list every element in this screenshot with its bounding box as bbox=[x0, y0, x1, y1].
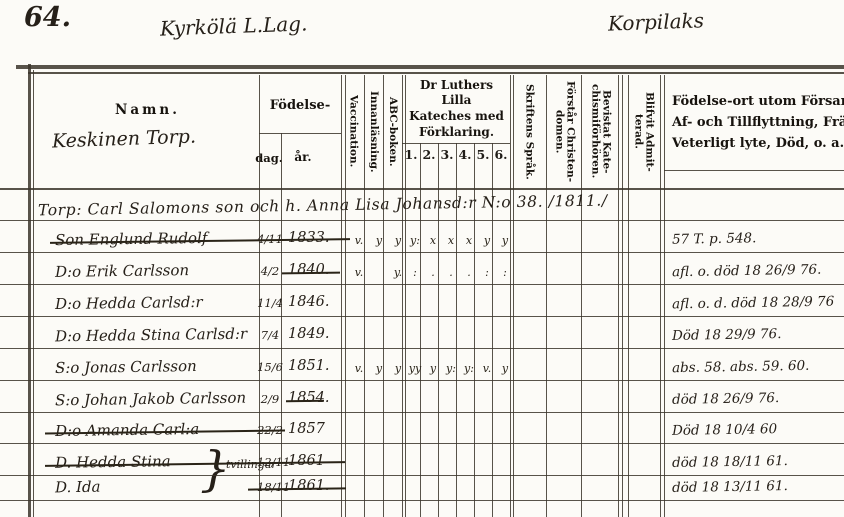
row-name: Son Englund Rudolf bbox=[55, 229, 208, 249]
column-header-fodelse: Födelse- bbox=[259, 96, 341, 114]
kateches-number-5: 5. bbox=[474, 147, 492, 162]
notes-header-line-2: Af- och Tillflyttning, Frä bbox=[672, 113, 844, 134]
record-row: D:o Hedda Stina Carlsd:r7/41849.Död 18 2… bbox=[0, 316, 844, 348]
record-row: S:o Johan Jakob Carlsson2/91854.död 18 2… bbox=[0, 380, 844, 412]
row-mark: v. bbox=[350, 234, 368, 247]
row-mark: . bbox=[460, 266, 478, 279]
row-mark: y: bbox=[460, 362, 478, 375]
row-note: död 18 13/11 61. bbox=[672, 478, 788, 496]
row-mark: . bbox=[442, 266, 460, 279]
kateches-number-3: 3. bbox=[438, 147, 456, 162]
column-header-innanlasning: Innanläsning. bbox=[364, 77, 383, 186]
column-header-blifvit-admitterad: Blifvit Admit- terad. bbox=[627, 77, 660, 186]
row-birth-year: 1861. bbox=[288, 478, 330, 494]
row-mark: y. bbox=[389, 266, 407, 279]
record-row: D:o Erik Carlsson4/21840.v.y.:...::afl. … bbox=[0, 252, 844, 284]
row-mark: v. bbox=[350, 362, 368, 375]
kateches-number-2: 2. bbox=[420, 147, 438, 162]
row-mark: : bbox=[478, 266, 496, 279]
row-mark: y bbox=[478, 234, 496, 247]
row-birth-day: 2/9 bbox=[257, 392, 283, 406]
row-name: D. Hedda Stina bbox=[55, 452, 171, 472]
column-header-kateches: Dr Luthers Lilla Kateches med Förklaring… bbox=[404, 78, 509, 140]
notes-header-line-3: Veterligt lyte, Död, o. a. bbox=[672, 134, 844, 155]
row-name: D:o Hedda Stina Carlsd:r bbox=[55, 325, 247, 346]
record-row: D:o Amanda Carl:a22/21857Död 18 10/4 60 bbox=[0, 412, 844, 443]
column-header-skriftens-sprak: Skriftens Språk. bbox=[512, 77, 546, 186]
column-header-notes: Födelse-ort utom Församli Af- och Tillfl… bbox=[672, 92, 844, 154]
record-row: D. Ida18/111861.död 18 13/11 61. bbox=[0, 475, 844, 500]
kateches-number-4: 4. bbox=[456, 147, 474, 162]
row-name: S:o Jonas Carlsson bbox=[55, 357, 197, 377]
grid-line bbox=[259, 133, 341, 134]
column-header-forstar-christendomen: Förstår Christen- domen. bbox=[548, 77, 581, 186]
grid-line bbox=[664, 170, 844, 171]
column-header-ar: år. bbox=[282, 149, 324, 165]
row-mark: x bbox=[460, 234, 478, 247]
row-mark: : bbox=[496, 266, 514, 279]
row-name: Torp: Carl Salomons son och h. Anna Lisa… bbox=[38, 191, 658, 220]
page-number: 64. bbox=[24, 2, 71, 33]
column-header-namn: Namn. bbox=[40, 100, 255, 120]
row-mark: x bbox=[442, 234, 460, 247]
row-note: abs. 58. abs. 59. 60. bbox=[672, 358, 810, 376]
row-birth-year: 1857 bbox=[288, 421, 325, 437]
grid-line bbox=[0, 500, 844, 501]
notes-header-line-1: Födelse-ort utom Församli bbox=[672, 92, 844, 113]
row-mark: y bbox=[389, 234, 407, 247]
row-name: D:o Erik Carlsson bbox=[55, 261, 189, 281]
row-mark: yy bbox=[406, 362, 424, 375]
row-birth-year: 1849. bbox=[288, 326, 330, 342]
row-mark: y: bbox=[442, 362, 460, 375]
row-note: död 18 26/9 76. bbox=[672, 390, 780, 408]
record-row: S:o Jonas Carlsson15/61851.v.yyyyyy:y:v.… bbox=[0, 348, 844, 380]
row-mark: v. bbox=[350, 266, 368, 279]
row-name: S:o Johan Jakob Carlsson bbox=[55, 389, 246, 410]
row-birth-day: 4/2 bbox=[257, 264, 283, 278]
row-birth-year: 1854. bbox=[288, 390, 330, 406]
row-mark: y bbox=[370, 234, 388, 247]
row-mark: y bbox=[496, 234, 514, 247]
record-row: D. Hedda Stina12/111861död 18 18/11 61. bbox=[0, 443, 844, 475]
row-note: 57 T. p. 548. bbox=[672, 230, 757, 247]
row-birth-year: 1851. bbox=[288, 358, 330, 374]
row-note: Död 18 10/4 60 bbox=[672, 421, 777, 439]
record-row: Torp: Carl Salomons son och h. Anna Lisa… bbox=[0, 188, 844, 220]
column-header-bevistat-katechismiforhoren: Bevistat Kate- chismiförhören. bbox=[583, 77, 618, 186]
kateches-number-6: 6. bbox=[492, 147, 510, 162]
row-birth-day: 7/4 bbox=[257, 328, 283, 342]
grid-line bbox=[402, 143, 510, 144]
row-birth-year: 1846. bbox=[288, 294, 330, 310]
parish-title: Korpilaks bbox=[608, 8, 705, 35]
row-mark: y bbox=[389, 362, 407, 375]
row-mark: v. bbox=[478, 362, 496, 375]
row-mark: x bbox=[424, 234, 442, 247]
row-birth-day: 11/4 bbox=[257, 296, 283, 310]
grid-line bbox=[16, 65, 844, 69]
record-row: Son Englund Rudolf4/111833.v.yyy:xxxyy57… bbox=[0, 220, 844, 252]
scanned-church-record-page: 64. Kyrkölä L.Lag. Korpilaks Namn. Keski… bbox=[0, 0, 844, 517]
row-birth-year: 1840. bbox=[288, 262, 330, 278]
row-mark: y bbox=[496, 362, 514, 375]
record-row: D:o Hedda Carlsd:r11/41846.afl. o. d. dö… bbox=[0, 284, 844, 316]
row-mark: : bbox=[406, 266, 424, 279]
row-name: D:o Hedda Carlsd:r bbox=[55, 293, 203, 313]
row-name: D. Ida bbox=[55, 478, 101, 497]
row-note: död 18 18/11 61. bbox=[672, 453, 788, 471]
row-mark: y: bbox=[406, 234, 424, 247]
row-mark: . bbox=[424, 266, 442, 279]
row-birth-day: 18/11 bbox=[257, 480, 283, 494]
namn-handwritten-subtitle: Keskinen Torp. bbox=[52, 125, 197, 152]
row-note: Död 18 29/9 76. bbox=[672, 326, 782, 344]
row-mark: y bbox=[424, 362, 442, 375]
grid-line bbox=[28, 72, 844, 74]
row-birth-day: 15/6 bbox=[257, 360, 283, 374]
row-mark: y bbox=[370, 362, 388, 375]
region-title: Kyrkölä L.Lag. bbox=[160, 11, 308, 40]
row-note: afl. o. d. död 18 28/9 76 bbox=[672, 294, 835, 313]
column-header-abc-boken: ABC-boken. bbox=[383, 77, 402, 186]
row-note: afl. o. död 18 26/9 76. bbox=[672, 262, 822, 281]
